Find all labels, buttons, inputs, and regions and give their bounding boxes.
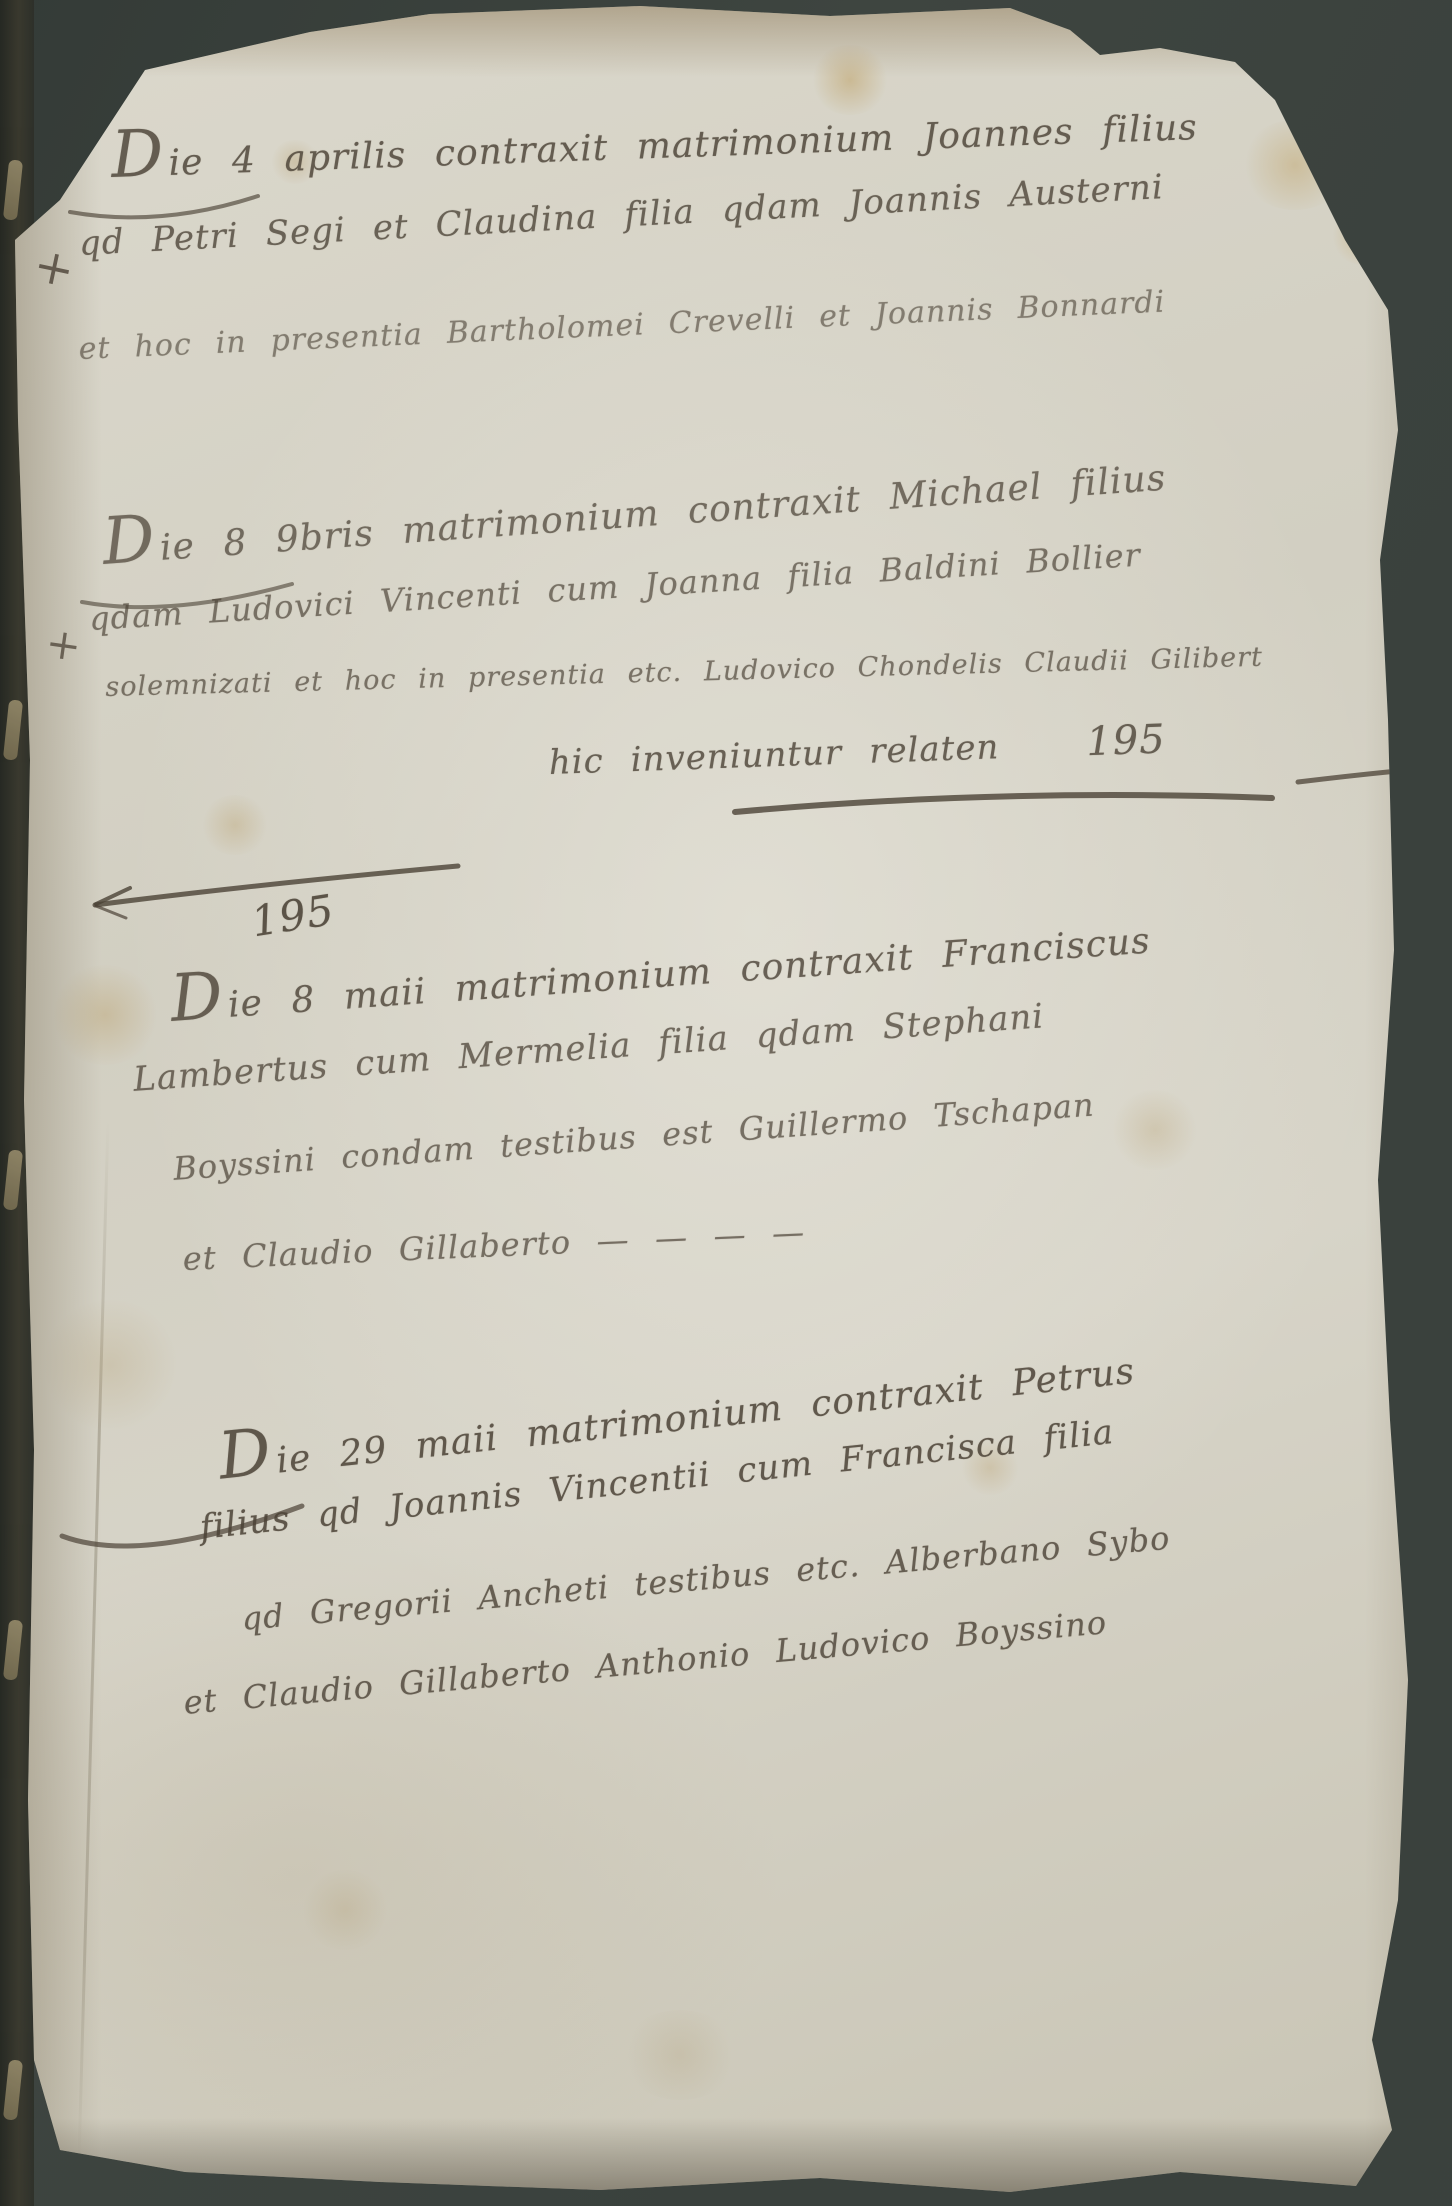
binding-stitch bbox=[3, 699, 23, 760]
margin-cross-mark: + bbox=[43, 618, 85, 671]
folio-heading-number: 195 bbox=[1086, 716, 1167, 765]
binding-stitch bbox=[3, 159, 23, 220]
manuscript-page: + + Die 4 aprilis contraxit matrimonium … bbox=[0, 0, 1452, 2206]
binding-stitch bbox=[3, 1619, 23, 1680]
manuscript-photo: + + Die 4 aprilis contraxit matrimonium … bbox=[0, 0, 1452, 2206]
binding-stitch bbox=[3, 1149, 23, 1210]
binding-stitch bbox=[3, 2059, 23, 2120]
